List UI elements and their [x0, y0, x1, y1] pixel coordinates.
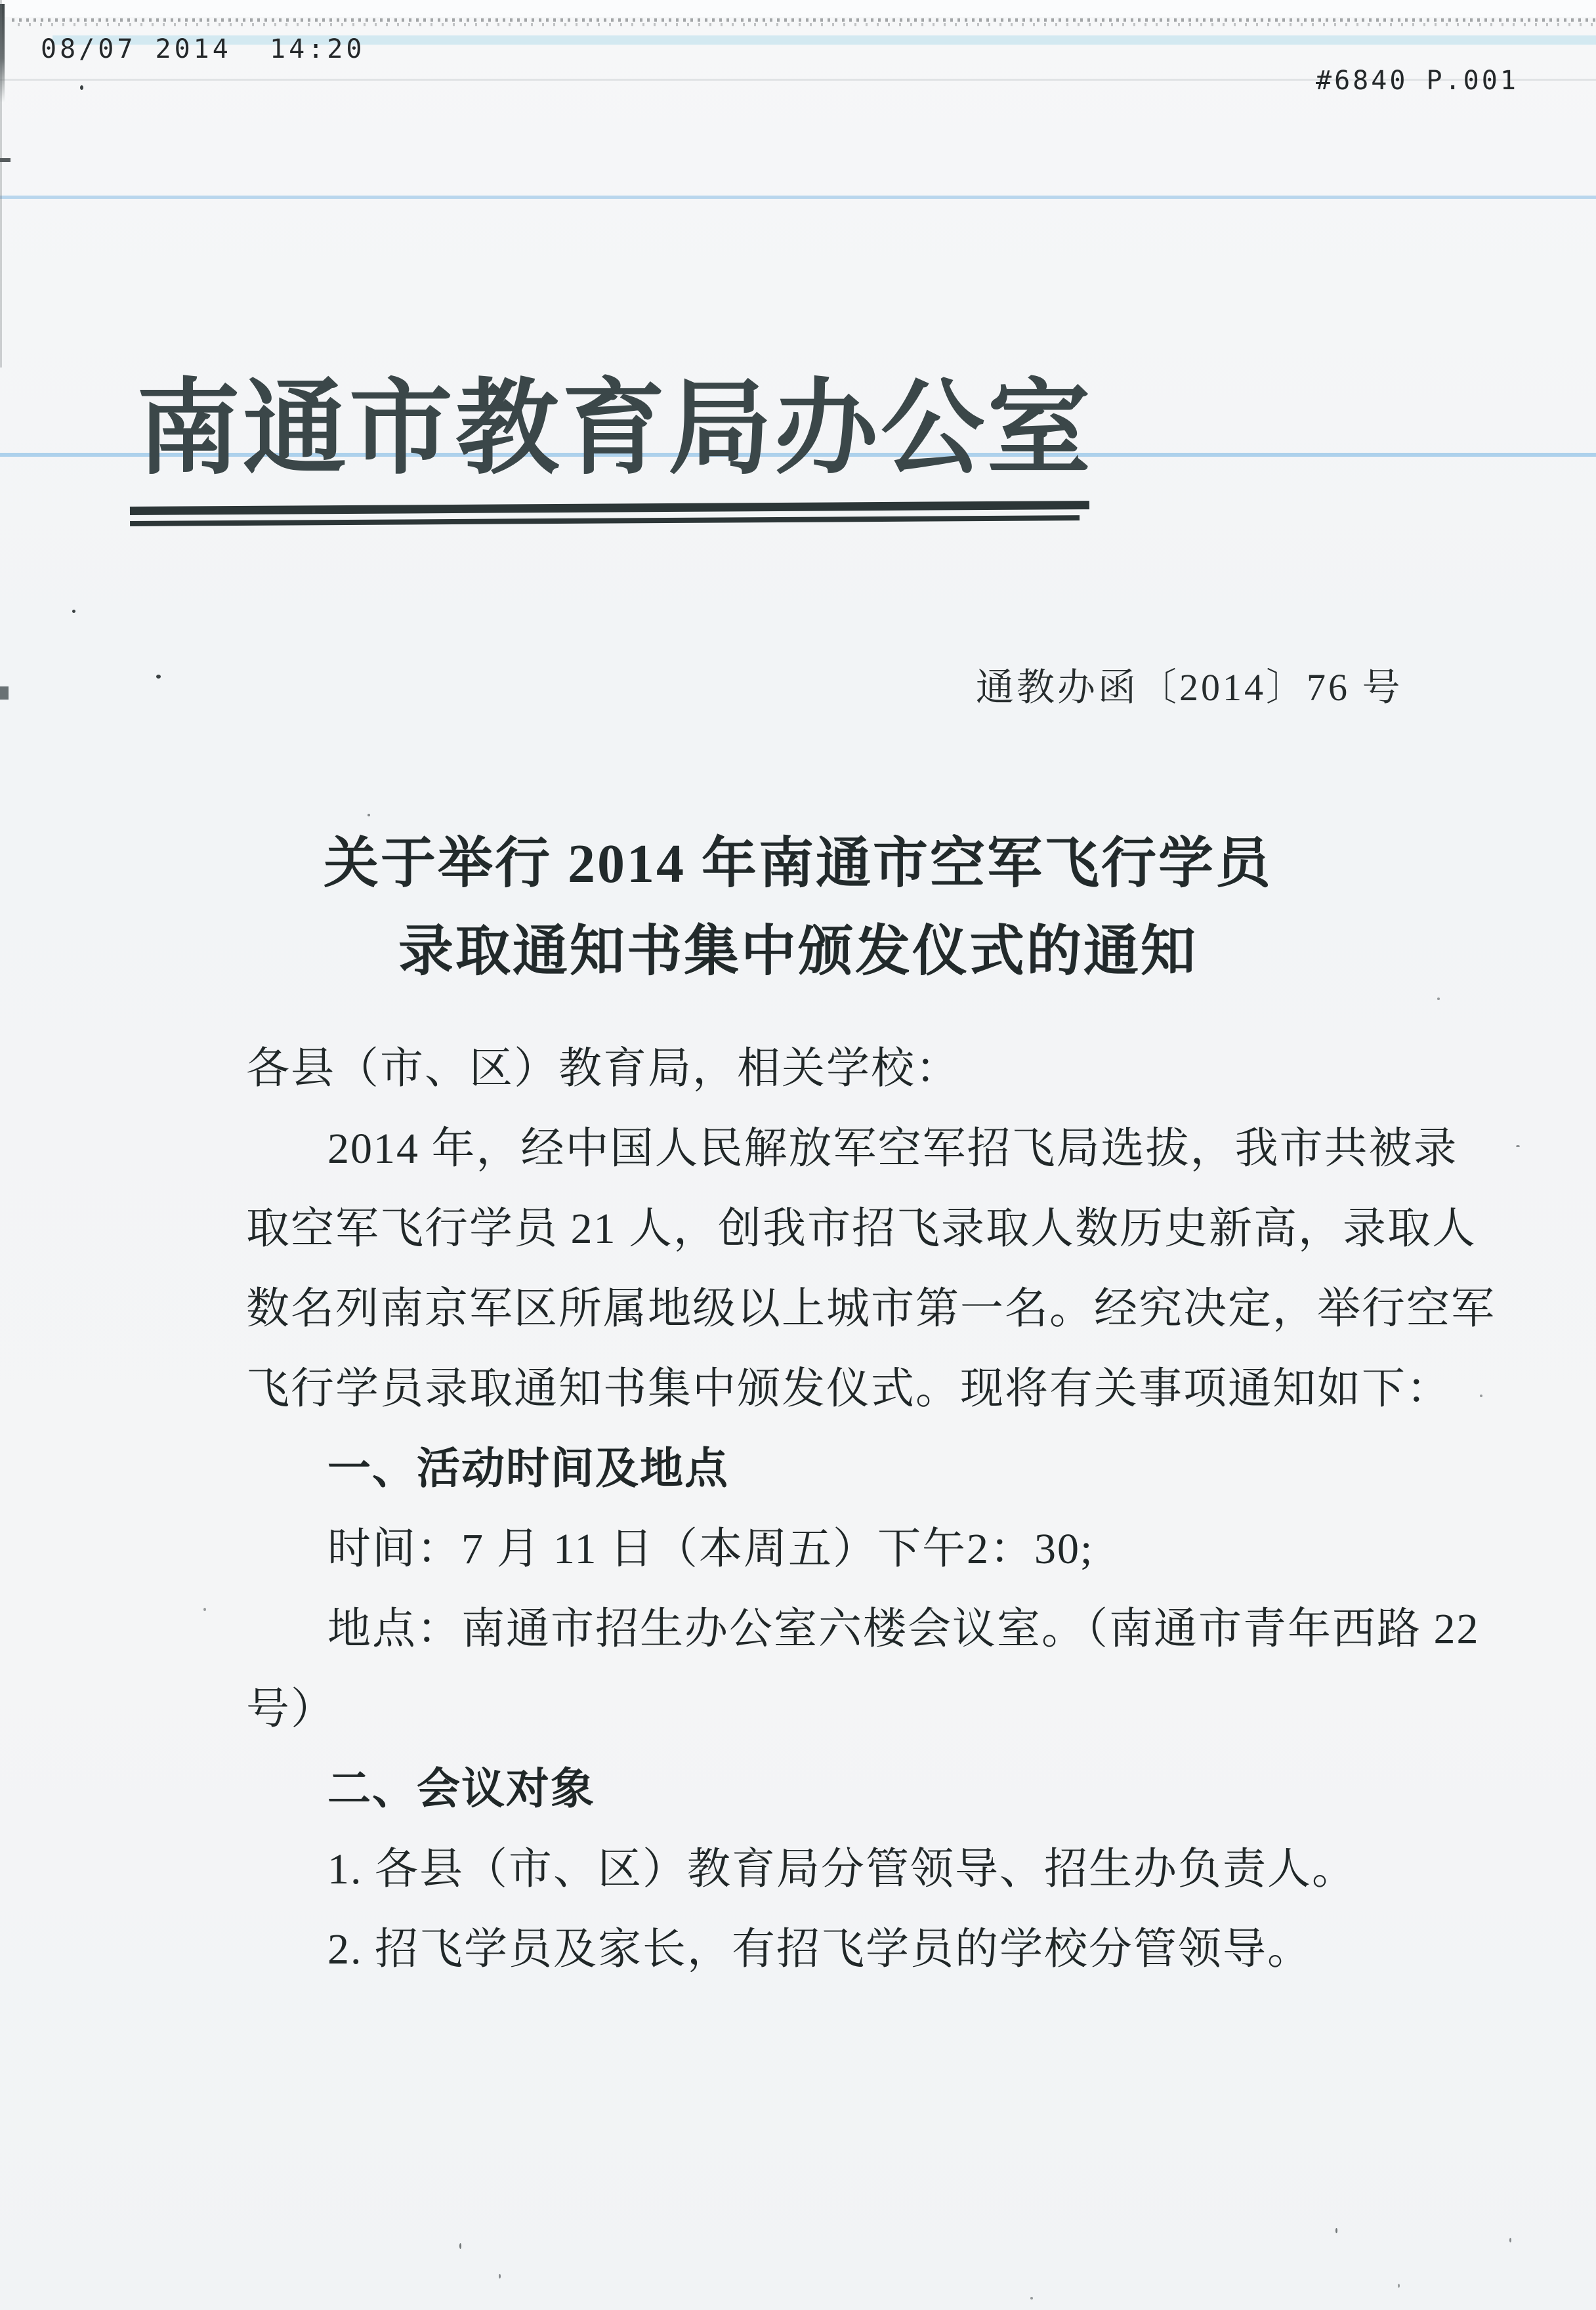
scan-speck	[203, 1608, 206, 1611]
letterhead-rule-thin	[130, 515, 1080, 526]
fax-timestamp: 08/07 2014 14:20	[41, 34, 365, 64]
letterhead-org-name: 南通市教育局办公室	[136, 373, 1093, 487]
scan-speck	[1516, 1145, 1520, 1147]
body-line: 飞行学员录取通知书集中颁发仪式。现将有关事项通知如下：	[246, 1349, 1421, 1429]
fax-page-stamp: #6840 P.001	[1316, 66, 1519, 96]
scan-speck	[72, 610, 75, 613]
doc-number: 通教办函〔2014〕76 号	[976, 656, 1403, 711]
scan-speck	[1437, 997, 1440, 1000]
scan-speck	[80, 85, 83, 90]
letterhead-double-rule	[130, 501, 1089, 526]
notice-title-line2: 录取通知书集中颁发仪式的通知	[0, 907, 1596, 986]
body-line-item-2: 2. 招飞学员及家长，有招飞学员的学校分管领导。	[246, 1910, 1421, 1990]
scan-edge-bar	[0, 0, 2, 367]
body-line-item-1: 1. 各县（市、区）教育局分管领导、招生办负责人。	[246, 1830, 1421, 1910]
scan-speck	[1335, 2228, 1337, 2233]
body-line-time: 时间：7 月 11 日（本周五）下午2：30;	[246, 1509, 1421, 1589]
scan-speck	[367, 814, 370, 816]
section-heading-2: 二、会议对象	[246, 1750, 1421, 1830]
scanned-fax-page: 08/07 2014 14:20 #6840 P.001 南通市教育局办公室 通…	[0, 0, 1596, 2310]
body-line: 号）	[246, 1669, 1421, 1750]
section-heading-1: 一、活动时间及地点	[246, 1429, 1421, 1509]
scan-noise-band	[12, 18, 1596, 27]
scan-edge-mark	[0, 158, 10, 162]
letterhead-rule-thick	[130, 501, 1089, 515]
scan-speck	[1480, 1395, 1482, 1397]
scan-blue-line-top	[0, 196, 1596, 199]
scan-speck	[459, 2243, 461, 2249]
scan-speck	[1509, 2238, 1511, 2242]
scan-top-margin	[0, 0, 1596, 17]
scan-speck	[1398, 2284, 1400, 2288]
scan-speck	[499, 2274, 501, 2278]
notice-title-line1: 关于举行 2014 年南通市空军飞行学员	[0, 819, 1596, 898]
scan-edge-mark	[0, 686, 9, 700]
body-line: 2014 年，经中国人民解放军空军招飞局选拔，我市共被录	[246, 1109, 1421, 1189]
body-line-place: 地点：南通市招生办公室六楼会议室。（南通市青年西路 22	[246, 1589, 1421, 1669]
scan-speck	[1030, 2297, 1033, 2299]
body-line: 数名列南京军区所属地级以上城市第一名。经究决定，举行空军	[246, 1269, 1421, 1349]
notice-body: 各县（市、区）教育局，相关学校： 2014 年，经中国人民解放军空军招飞局选拔，…	[246, 1029, 1421, 1990]
body-line-salutation: 各县（市、区）教育局，相关学校：	[246, 1029, 1421, 1109]
body-line: 取空军飞行学员 21 人，创我市招飞录取人数历史新高，录取人	[246, 1189, 1421, 1269]
scan-speck	[156, 675, 161, 679]
